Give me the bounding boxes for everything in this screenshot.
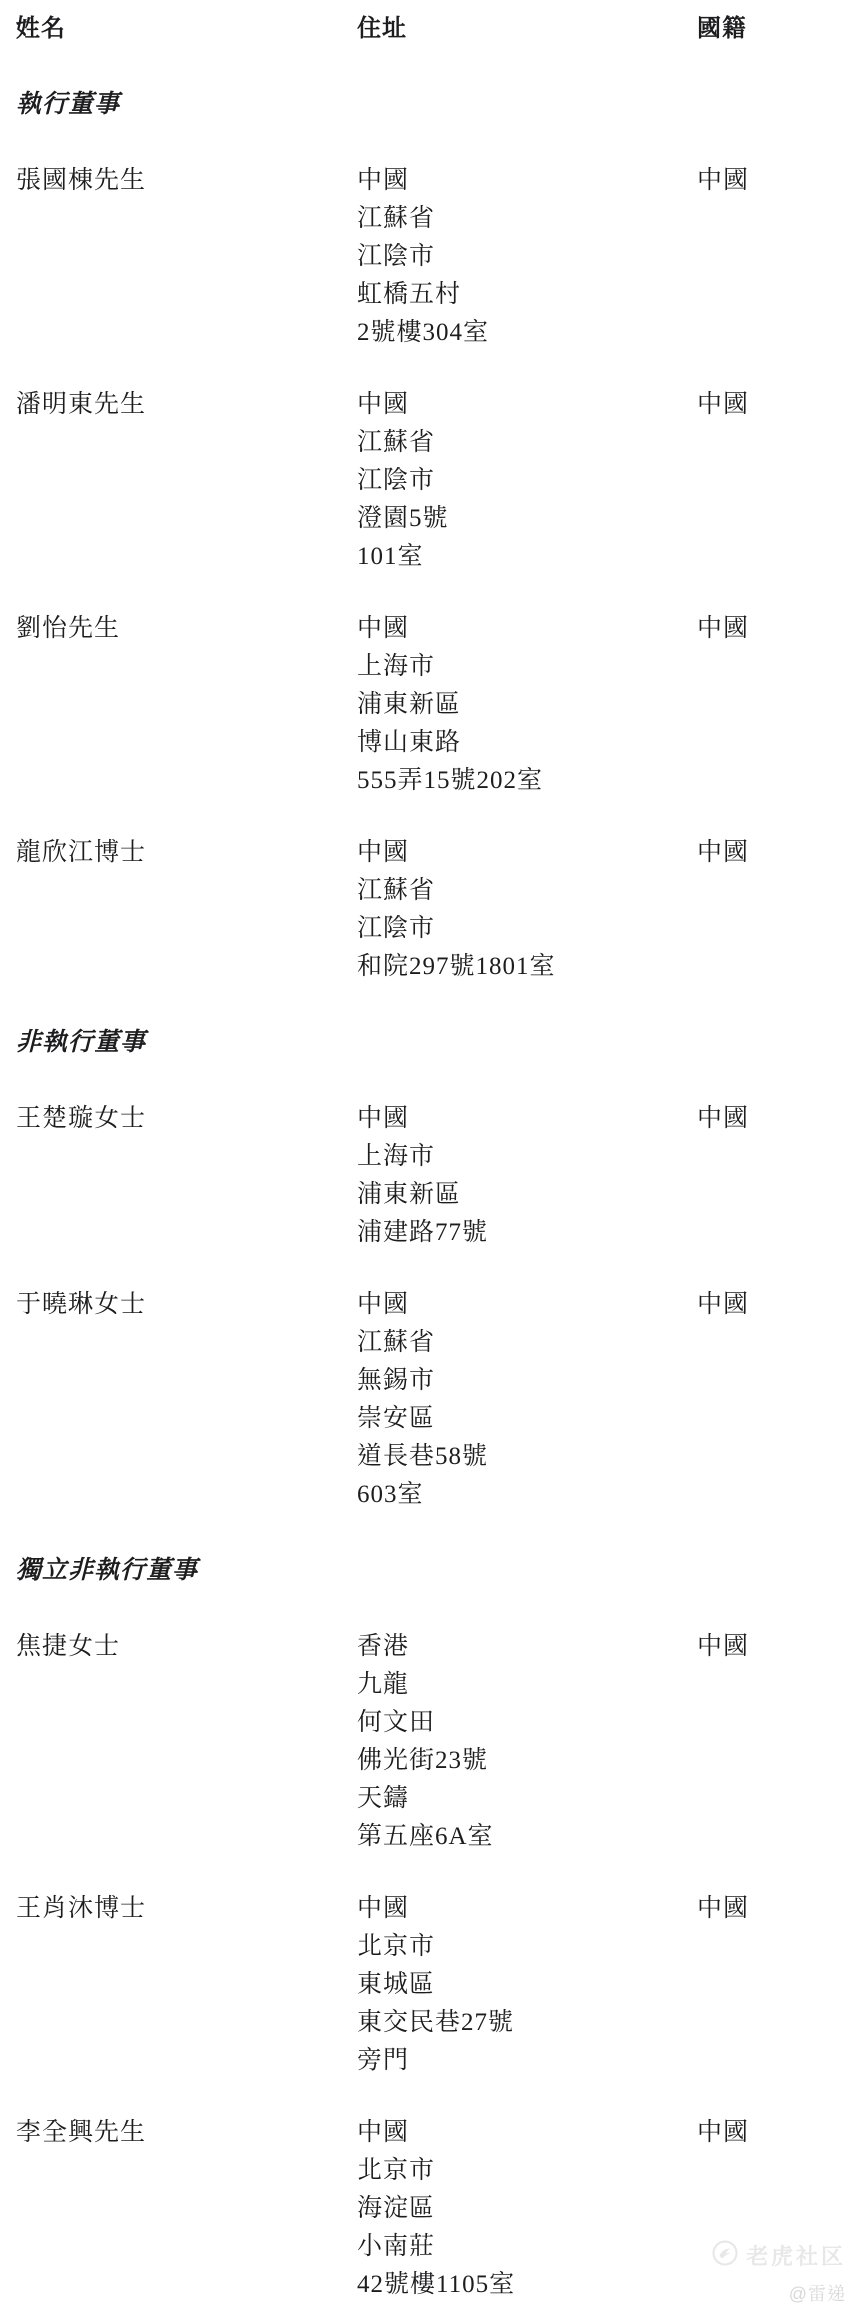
address-line: 香港 xyxy=(357,1628,697,1666)
address-line: 崇安區 xyxy=(357,1400,697,1438)
address-line: 中國 xyxy=(357,2114,697,2152)
director-address: 香港九龍何文田佛光街23號天鑄第五座6A室 xyxy=(357,1628,697,1856)
column-header-name: 姓名 xyxy=(16,10,357,48)
director-name: 焦捷女士 xyxy=(16,1628,357,1856)
address-line: 虹橋五村 xyxy=(357,276,697,314)
address-line: 海淀區 xyxy=(357,2190,697,2228)
director-row: 王肖沐博士 中國北京市東城區東交民巷27號旁門 中國 xyxy=(16,1890,854,2080)
address-line: 中國 xyxy=(357,1100,697,1138)
director-nationality: 中國 xyxy=(697,1286,854,1514)
tiger-logo-icon xyxy=(712,2240,738,2271)
address-line: 九龍 xyxy=(357,1666,697,1704)
table-header-row: 姓名 住址 國籍 xyxy=(16,10,854,48)
director-name: 王楚璇女士 xyxy=(16,1100,357,1252)
address-line: 浦建路77號 xyxy=(357,1214,697,1252)
address-line: 中國 xyxy=(357,162,697,200)
address-line: 中國 xyxy=(357,1286,697,1324)
address-line: 第五座6A室 xyxy=(357,1818,697,1856)
address-line: 江蘇省 xyxy=(357,1324,697,1362)
address-line: 北京市 xyxy=(357,1928,697,1966)
column-header-address: 住址 xyxy=(357,10,697,48)
address-line: 江蘇省 xyxy=(357,200,697,238)
address-line: 東交民巷27號 xyxy=(357,2004,697,2042)
address-line: 中國 xyxy=(357,610,697,648)
watermark-handle-text: @雷递 xyxy=(712,2280,846,2306)
director-address: 中國北京市東城區東交民巷27號旁門 xyxy=(357,1890,697,2080)
director-nationality: 中國 xyxy=(697,386,854,576)
director-nationality: 中國 xyxy=(697,162,854,352)
director-nationality: 中國 xyxy=(697,1100,854,1252)
director-name: 龍欣江博士 xyxy=(16,834,357,986)
director-nationality: 中國 xyxy=(697,1890,854,2080)
address-line: 江蘇省 xyxy=(357,424,697,462)
section-title: 獨立非執行董事 xyxy=(16,1552,854,1590)
watermark: 老虎社区 @雷递 xyxy=(712,2240,846,2306)
director-address: 中國江蘇省江陰市澄園5號101室 xyxy=(357,386,697,576)
address-line: 603室 xyxy=(357,1476,697,1514)
director-row: 劉怡先生 中國上海市浦東新區博山東路555弄15號202室 中國 xyxy=(16,610,854,800)
address-line: 上海市 xyxy=(357,648,697,686)
address-line: 江蘇省 xyxy=(357,872,697,910)
column-header-nationality: 國籍 xyxy=(697,10,854,48)
address-line: 天鑄 xyxy=(357,1780,697,1818)
address-line: 何文田 xyxy=(357,1704,697,1742)
director-address: 中國江蘇省江陰市和院297號1801室 xyxy=(357,834,697,986)
director-name: 王肖沐博士 xyxy=(16,1890,357,2080)
address-line: 澄園5號 xyxy=(357,500,697,538)
director-row: 張國棟先生 中國江蘇省江陰市虹橋五村2號樓304室 中國 xyxy=(16,162,854,352)
address-line: 小南莊 xyxy=(357,2228,697,2266)
section-title: 執行董事 xyxy=(16,86,854,124)
director-address: 中國北京市海淀區小南莊42號樓1105室 xyxy=(357,2114,697,2304)
address-line: 無錫市 xyxy=(357,1362,697,1400)
watermark-brand-text: 老虎社区 xyxy=(746,2240,846,2271)
section-title: 非執行董事 xyxy=(16,1024,854,1062)
address-line: 旁門 xyxy=(357,2042,697,2080)
director-row: 潘明東先生 中國江蘇省江陰市澄園5號101室 中國 xyxy=(16,386,854,576)
address-line: 浦東新區 xyxy=(357,686,697,724)
address-line: 江陰市 xyxy=(357,238,697,276)
directors-list-page: 姓名 住址 國籍 執行董事 張國棟先生 中國江蘇省江陰市虹橋五村2號樓304室 … xyxy=(0,0,854,2319)
address-line: 上海市 xyxy=(357,1138,697,1176)
address-line: 2號樓304室 xyxy=(357,314,697,352)
director-address: 中國上海市浦東新區博山東路555弄15號202室 xyxy=(357,610,697,800)
director-name: 張國棟先生 xyxy=(16,162,357,352)
director-address: 中國江蘇省無錫市崇安區道長巷58號603室 xyxy=(357,1286,697,1514)
address-line: 東城區 xyxy=(357,1966,697,2004)
director-row: 于曉琳女士 中國江蘇省無錫市崇安區道長巷58號603室 中國 xyxy=(16,1286,854,1514)
director-address: 中國江蘇省江陰市虹橋五村2號樓304室 xyxy=(357,162,697,352)
director-row: 王楚璇女士 中國上海市浦東新區浦建路77號 中國 xyxy=(16,1100,854,1252)
address-line: 中國 xyxy=(357,386,697,424)
address-line: 中國 xyxy=(357,834,697,872)
address-line: 江陰市 xyxy=(357,910,697,948)
director-row: 焦捷女士 香港九龍何文田佛光街23號天鑄第五座6A室 中國 xyxy=(16,1628,854,1856)
address-line: 101室 xyxy=(357,538,697,576)
address-line: 42號樓1105室 xyxy=(357,2266,697,2304)
director-name: 劉怡先生 xyxy=(16,610,357,800)
address-line: 和院297號1801室 xyxy=(357,948,697,986)
director-name: 李全興先生 xyxy=(16,2114,357,2304)
address-line: 中國 xyxy=(357,1890,697,1928)
director-nationality: 中國 xyxy=(697,834,854,986)
director-nationality: 中國 xyxy=(697,610,854,800)
director-address: 中國上海市浦東新區浦建路77號 xyxy=(357,1100,697,1252)
director-nationality: 中國 xyxy=(697,1628,854,1856)
sections: 執行董事 張國棟先生 中國江蘇省江陰市虹橋五村2號樓304室 中國 潘明東先生 … xyxy=(16,86,854,2304)
address-line: 北京市 xyxy=(357,2152,697,2190)
address-line: 佛光街23號 xyxy=(357,1742,697,1780)
director-name: 于曉琳女士 xyxy=(16,1286,357,1514)
address-line: 浦東新區 xyxy=(357,1176,697,1214)
director-name: 潘明東先生 xyxy=(16,386,357,576)
watermark-brand-row: 老虎社区 xyxy=(712,2240,846,2271)
director-row: 龍欣江博士 中國江蘇省江陰市和院297號1801室 中國 xyxy=(16,834,854,986)
address-line: 555弄15號202室 xyxy=(357,762,697,800)
address-line: 江陰市 xyxy=(357,462,697,500)
address-line: 道長巷58號 xyxy=(357,1438,697,1476)
address-line: 博山東路 xyxy=(357,724,697,762)
